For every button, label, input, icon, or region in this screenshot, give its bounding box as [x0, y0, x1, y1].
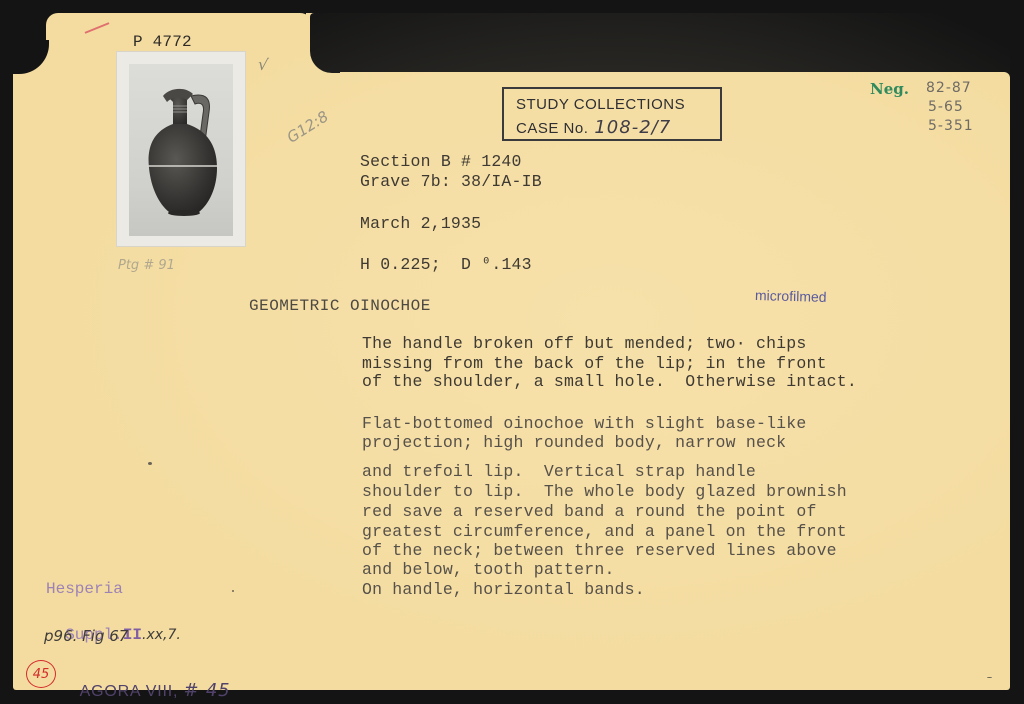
- stamp-case-label: CASE No.: [516, 120, 588, 137]
- grave-line: Grave 7b: 38/IA-IB: [360, 172, 542, 192]
- condition-line: of the shoulder, a small hole. Otherwise…: [362, 372, 857, 392]
- case-number: 108-2/7: [594, 117, 671, 138]
- description-line: and below, tooth pattern.: [362, 560, 615, 580]
- negative-stamp-label: Neg.: [870, 80, 909, 98]
- oinochoe-photo-image: [129, 64, 233, 236]
- description-line: red save a reserved band a round the poi…: [362, 502, 817, 522]
- dimensions: H 0.225; D ⁰.143: [360, 255, 532, 275]
- description-line: On handle, horizontal bands.: [362, 580, 645, 600]
- stamp-case-line: CASE No.108-2/7: [516, 117, 671, 138]
- catalog-number: P 4772: [133, 32, 192, 52]
- description-line: greatest circumference, and a panel on t…: [362, 522, 847, 542]
- oinochoe-silhouette-icon: [129, 64, 233, 236]
- card-tab-shoulder-right: [306, 13, 340, 77]
- object-photo: [117, 52, 245, 246]
- description-line: Flat-bottomed oinochoe with slight base-…: [362, 414, 806, 434]
- section-line: Section B # 1240: [360, 152, 522, 172]
- card-tab-shoulder-left: [13, 40, 53, 80]
- stamp-title: STUDY COLLECTIONS: [516, 96, 685, 113]
- negative-number: 5-65: [928, 99, 964, 115]
- paper-speck: [232, 590, 234, 592]
- description-line: shoulder to lip. The whole body glazed b…: [362, 482, 847, 502]
- description-line: of the neck; between three reserved line…: [362, 541, 837, 561]
- object-title: GEOMETRIC OINOCHOE: [249, 296, 431, 316]
- agora-number: # 45: [183, 680, 230, 701]
- agora-reference: AGORA VIII, # 45: [70, 662, 230, 701]
- negative-number: 5-351: [928, 118, 974, 134]
- study-collections-stamp: STUDY COLLECTIONS CASE No.108-2/7: [502, 87, 722, 141]
- description-line: projection; high rounded body, narrow ne…: [362, 433, 786, 453]
- pencil-ptg-note: Ptg # 91: [118, 258, 175, 273]
- description-line: and trefoil lip. Vertical strap handle: [362, 462, 756, 482]
- condition-line: The handle broken off but mended; two· c…: [362, 334, 806, 354]
- circled-number-text: 45: [33, 667, 50, 682]
- paper-speck: [148, 462, 152, 465]
- page-figure-reference: p96. Fig 67: [44, 627, 128, 645]
- excavation-date: March 2,1935: [360, 214, 481, 234]
- hesperia-reference-title: Hesperia: [46, 578, 123, 600]
- circled-number: 45: [26, 660, 56, 688]
- negative-number: 82-87: [926, 80, 972, 96]
- supplement-hand-note: .xx,7.: [142, 627, 181, 643]
- condition-line: missing from the back of the lip; in the…: [362, 354, 827, 374]
- microfilmed-stamp: microfilmed: [755, 287, 827, 305]
- paper-speck: [987, 677, 992, 678]
- agora-label: AGORA VIII,: [80, 683, 184, 700]
